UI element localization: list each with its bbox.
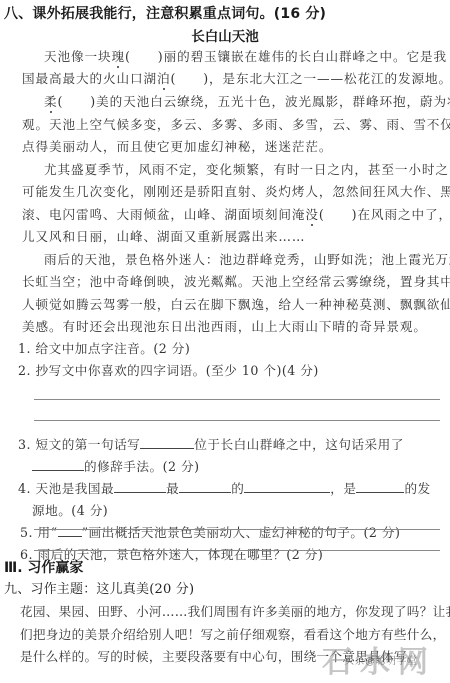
pinyin-blank: ( )在风雨之中了，一会 [319,207,450,222]
watermark: 石水网 头条@聪明学堂 [322,637,442,683]
passage-line: 滚、电闪雷鸣、大雨倾盆，山峰、湖面顷刻间淹没( )在风雨之中了，一会 [22,204,450,223]
prompt-line: 花园、果园、田野、小河……我们周围有许多美丽的地方，你发现了吗？让我 [20,601,450,620]
passage-line: 尤其盛夏季节，风雨不定，变化频繁，有时一日之内，甚至一小时之内就 [44,159,450,178]
passage-line: 点得美丽动人，而且使它更加虚幻神秘，迷迷茫茫。 [22,136,332,155]
passage-line: 雨后的天池，景色格外迷人：池边群峰竞秀，山野如洗；池上霞光万道， [44,249,450,268]
passage-line: 柔( )美的天池白云缭绕，五光十色，波光鳯影，群峰环抱，蔚为壮 [44,91,450,110]
fill-blank[interactable] [32,458,84,471]
dotted-char: 没 [305,204,319,223]
passage-line: 可能发生几次变化，刚刚还是骄阳直射、炎灼烤人，忽然间狂风大作、黑云滚 [22,181,450,200]
answer-line[interactable] [34,420,440,421]
underline-sample [58,524,82,537]
passage-line: 人顿觉如腾云驾雾一般，白云在脚下飘逸，给人一种神秘莫测、飘飘欲仙的 [22,294,450,313]
passage-title: 长白山天池 [0,25,450,45]
dotted-char: 泊 [157,68,171,87]
passage-line: 美感。有时还会出现池东日出池西雨，山上大雨山下晴的奇异景观。 [22,316,427,335]
question-2: 2. 抄写文中你喜欢的四字词语。(至少 10 个)(4 分) [18,360,319,379]
fill-blank[interactable] [244,480,330,493]
answer-line[interactable] [34,399,440,400]
passage-line: 长虹当空；池中奇峰倒映，波光粼粼。天池上空经常云雾缭绕，置身其中使 [22,271,450,290]
section-9-header: 九、习作主题：这儿真美(20 分) [4,578,194,597]
question-5: 5. 用“”画出概括天池景色美丽动人、虚幻神秘的句子。(2 分) [20,522,400,541]
section-8-header: 八、课外拓展我能行，注意积累重点词句。(16 分) [4,3,326,23]
fill-blank[interactable] [114,480,166,493]
fill-blank[interactable] [140,436,194,449]
question-4-cont: 源地。(4 分) [32,500,108,519]
dotted-char: 瑰 [111,46,125,65]
passage-line: 天池像一块瑰( )丽的碧玉镶嵌在雄伟的长白山群峰之中。它是我 [44,46,447,65]
answer-line-q6-2[interactable] [34,550,440,551]
answer-line-q6-1[interactable] [34,529,440,530]
passage-line: 儿又风和日丽，山峰、湖面又重新展露出来…… [22,226,305,245]
question-1: 1. 给文中加点字注音。(2 分) [18,338,190,357]
passage-line: 观。天池上空气候多变，多云、多雾、多雨、多雪，云、雾、雨、雪不仅把天池装 [22,114,450,133]
question-3: 3. 短文的第一句话写位于长白山群峰之中，这句话采用了 [18,434,404,453]
watermark-caption: 头条@聪明学堂 [344,652,418,667]
pinyin-blank: ( )，是东北大江之一——松花江的发源地。 [170,71,450,86]
dotted-char: 柔 [44,91,58,110]
question-4: 4. 天池是我国最最的，是的发 [18,478,431,497]
fill-blank[interactable] [179,480,231,493]
pinyin-blank: ( )丽的碧玉镶嵌在雄伟的长白山群峰之中。它是我 [125,49,447,64]
question-3-cont: 的修辞手法。(2 分) [32,456,200,475]
section-3-header: Ⅲ. 习作赢家 [4,557,83,577]
pinyin-blank: ( )美的天池白云缭绕，五光十色，波光鳯影，群峰环抱，蔚为壮 [58,94,450,109]
fill-blank[interactable] [356,480,404,493]
passage-line: 国最高最大的火山口湖泊( )，是东北大江之一——松花江的发源地。 [22,68,450,87]
